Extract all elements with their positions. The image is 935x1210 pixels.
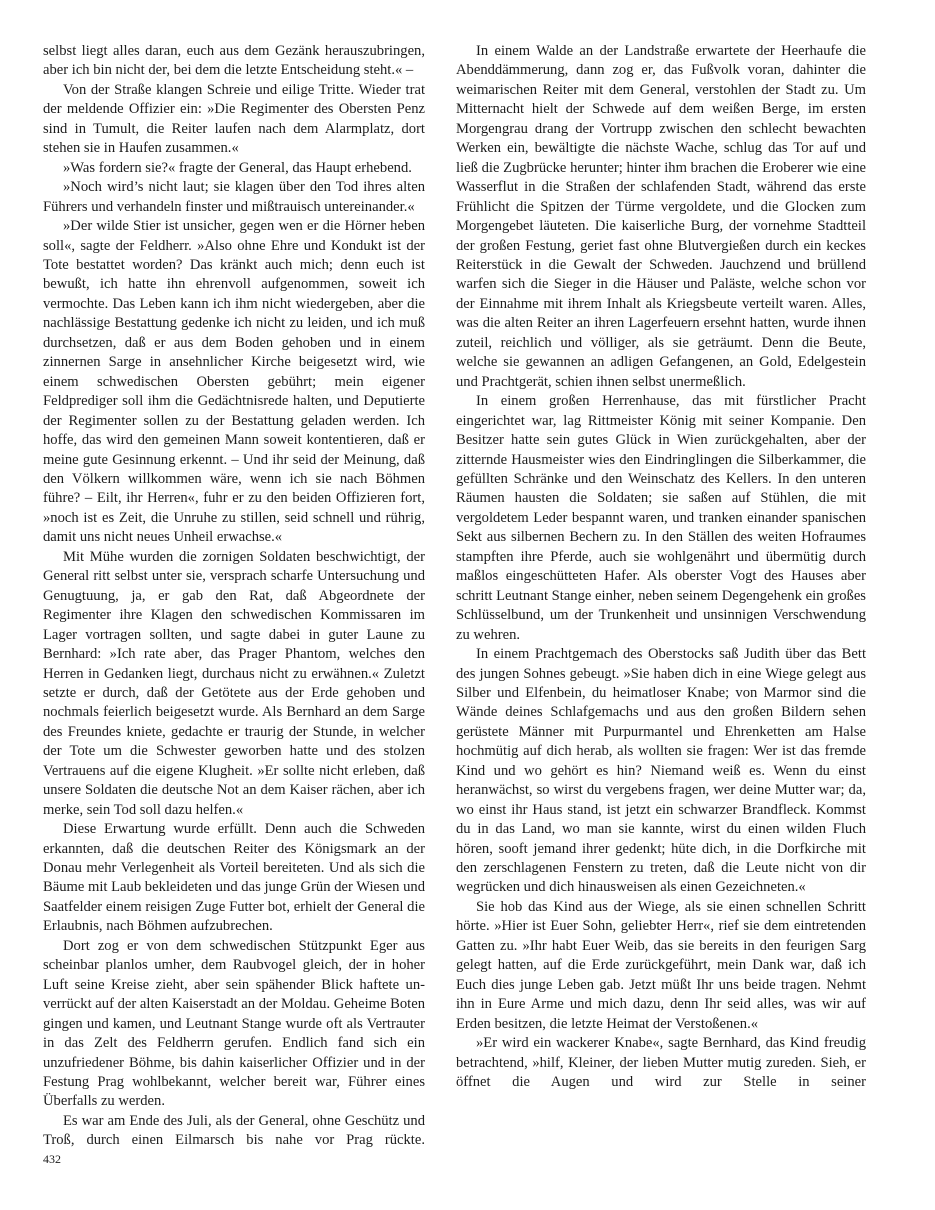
paragraph: »Was fordern sie?« fragte der General, d… (43, 159, 425, 178)
paragraph: Sie hob das Kind aus der Wiege, als sie … (456, 898, 866, 1034)
paragraph: »Der wilde Stier ist unsicher, gegen wen… (43, 217, 425, 548)
paragraph: Mit Mühe wurden die zornigen Soldaten be… (43, 548, 425, 820)
paragraph: »Er wird ein wackerer Knabe«, sagte Bern… (456, 1034, 866, 1092)
paragraph: »Noch wird’s nicht laut; sie klagen über… (43, 178, 425, 217)
paragraph: Diese Erwartung wurde erfüllt. Denn auch… (43, 820, 425, 937)
paragraph: Von der Straße klangen Schreie und eilig… (43, 81, 425, 159)
page-number: 432 (43, 1152, 61, 1167)
paragraph: In einem Prachtgemach des Oberstocks saß… (456, 645, 866, 898)
paragraph: selbst liegt alles daran, euch aus dem G… (43, 42, 425, 81)
paragraph: In einem Walde an der Landstraße erwarte… (456, 42, 866, 392)
paragraph: Es war am Ende des Juli, als der General… (43, 1112, 425, 1151)
book-page: selbst liegt alles daran, euch aus dem G… (0, 0, 935, 1210)
right-text-column: In einem Walde an der Landstraße erwarte… (456, 42, 866, 1092)
left-text-column: selbst liegt alles daran, euch aus dem G… (43, 42, 425, 1151)
paragraph: Dort zog er von dem schwedischen Stützpu… (43, 937, 425, 1112)
paragraph: In einem großen Herrenhause, das mit für… (456, 392, 866, 645)
